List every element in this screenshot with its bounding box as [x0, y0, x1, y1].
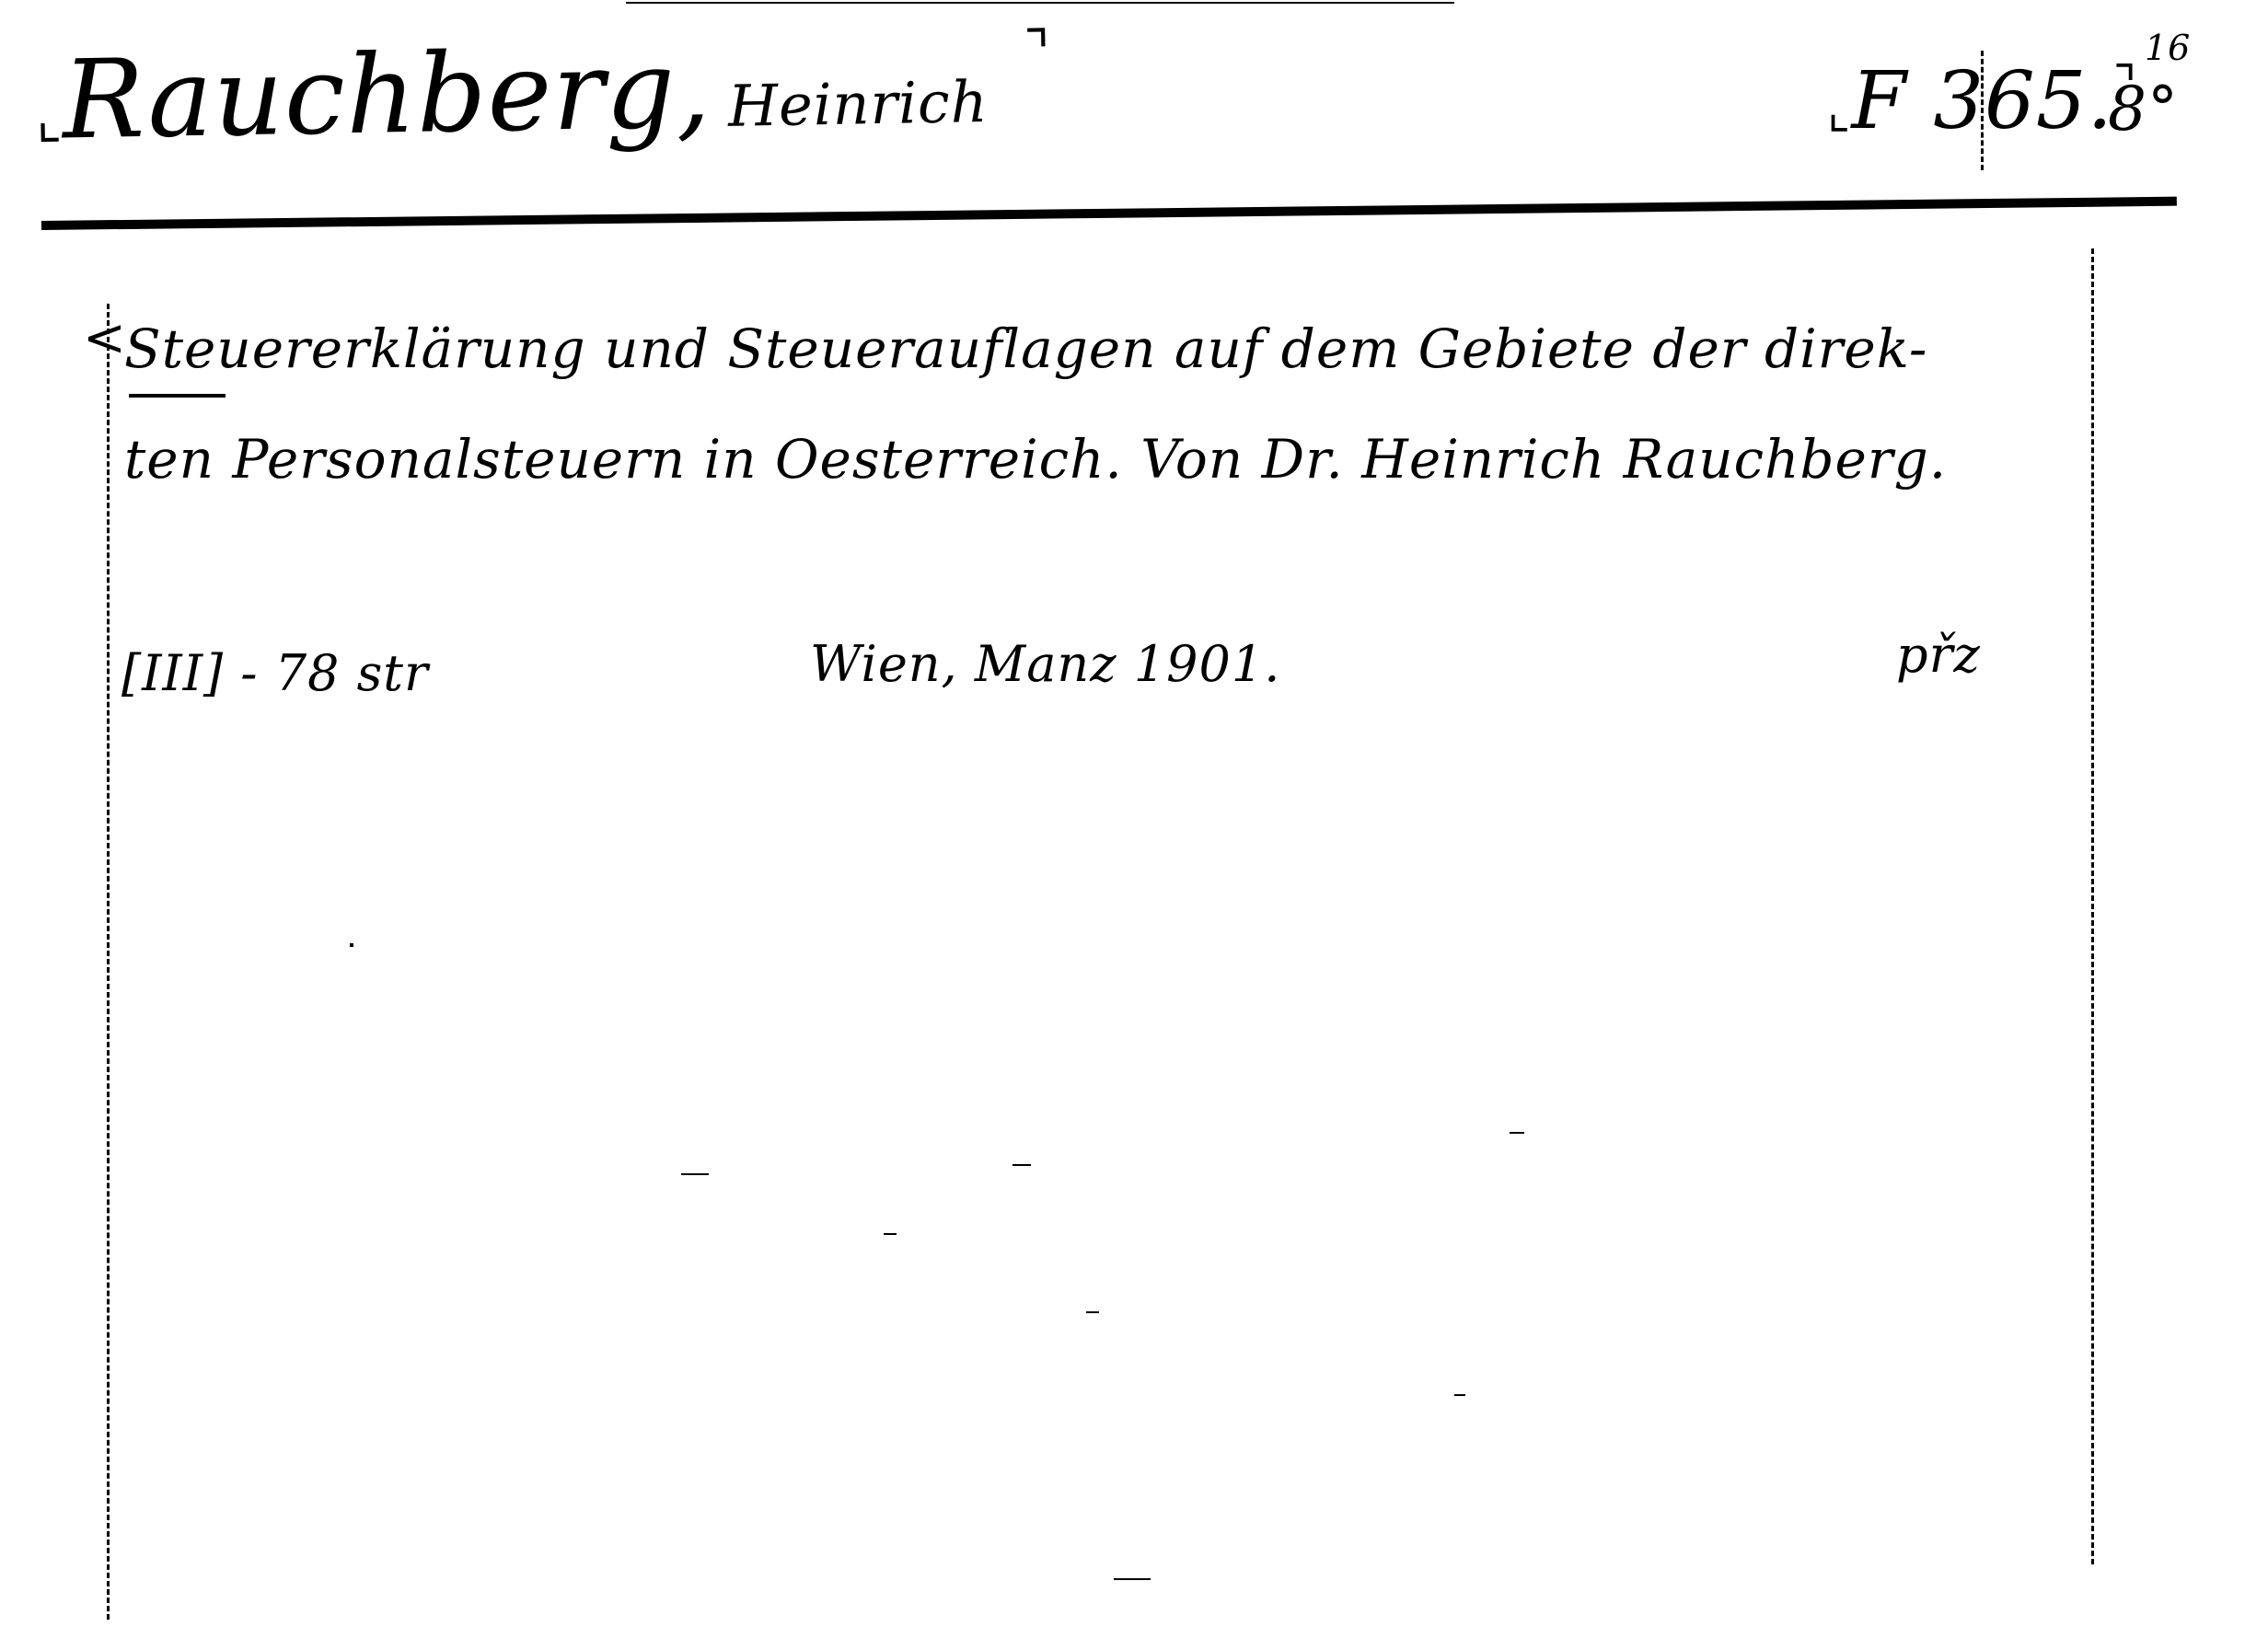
title-open-bracket: <	[83, 308, 127, 368]
title-underline	[129, 394, 226, 398]
heading-surname: Rauchberg,	[62, 25, 712, 163]
imprint-year: 1901.	[1134, 635, 1281, 693]
scan-speck	[884, 1233, 897, 1235]
scan-speck	[1086, 1311, 1099, 1313]
scan-speck	[1454, 1394, 1465, 1396]
format-superscript: 16	[2145, 28, 2191, 68]
scan-speck	[1114, 1578, 1151, 1580]
heading-open-bracket: ⌞	[36, 87, 64, 152]
heading-given-name: Heinrich	[727, 68, 989, 140]
imprint-publisher: Manz	[975, 635, 1117, 693]
card-right-border	[2091, 248, 2094, 1564]
heading-close-bracket: ⌝	[1024, 19, 1051, 84]
imprint: Wien, Manz 1901.	[810, 635, 1280, 693]
title-line-1: Steuererklärung und Steuerauflagen auf d…	[124, 317, 1927, 380]
format-divider	[1981, 51, 1984, 170]
collation-extent: [III] - 78 str	[121, 644, 429, 702]
scan-speck	[1510, 1132, 1524, 1134]
imprint-place: Wien,	[810, 635, 958, 693]
scan-speck	[1012, 1164, 1031, 1166]
scan-speck	[626, 2, 1454, 4]
cataloger-initials: přz	[1896, 626, 1981, 684]
heading-rule	[41, 197, 2177, 230]
call-number-open-bracket: ⌞	[1827, 82, 1851, 140]
heading: ⌞Rauchberg,Heinrich⌝	[35, 19, 1053, 164]
scan-speck	[350, 943, 353, 947]
format-value: 8°	[2108, 74, 2179, 144]
title-line-2: ten Personalsteuern in Oesterreich. Von …	[124, 428, 1947, 490]
scan-speck	[681, 1173, 709, 1175]
card-left-border	[107, 304, 110, 1620]
